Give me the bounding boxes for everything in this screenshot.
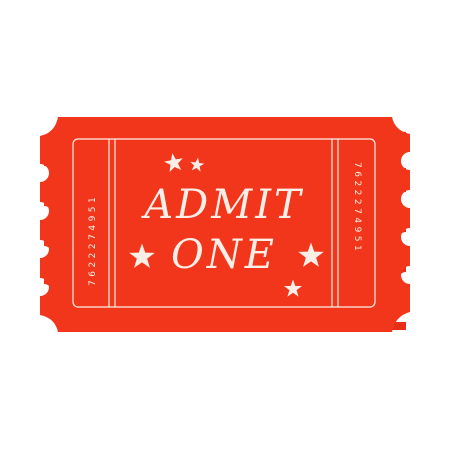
headline-admit: ADMIT [140,182,304,228]
headline-one: ONE [171,232,277,278]
serial-number-left: 7622274951 [88,194,98,286]
serial-number-right: 7622274951 [352,162,362,254]
admit-one-ticket: 7622274951 7622274951 ADMIT ONE [0,0,450,450]
